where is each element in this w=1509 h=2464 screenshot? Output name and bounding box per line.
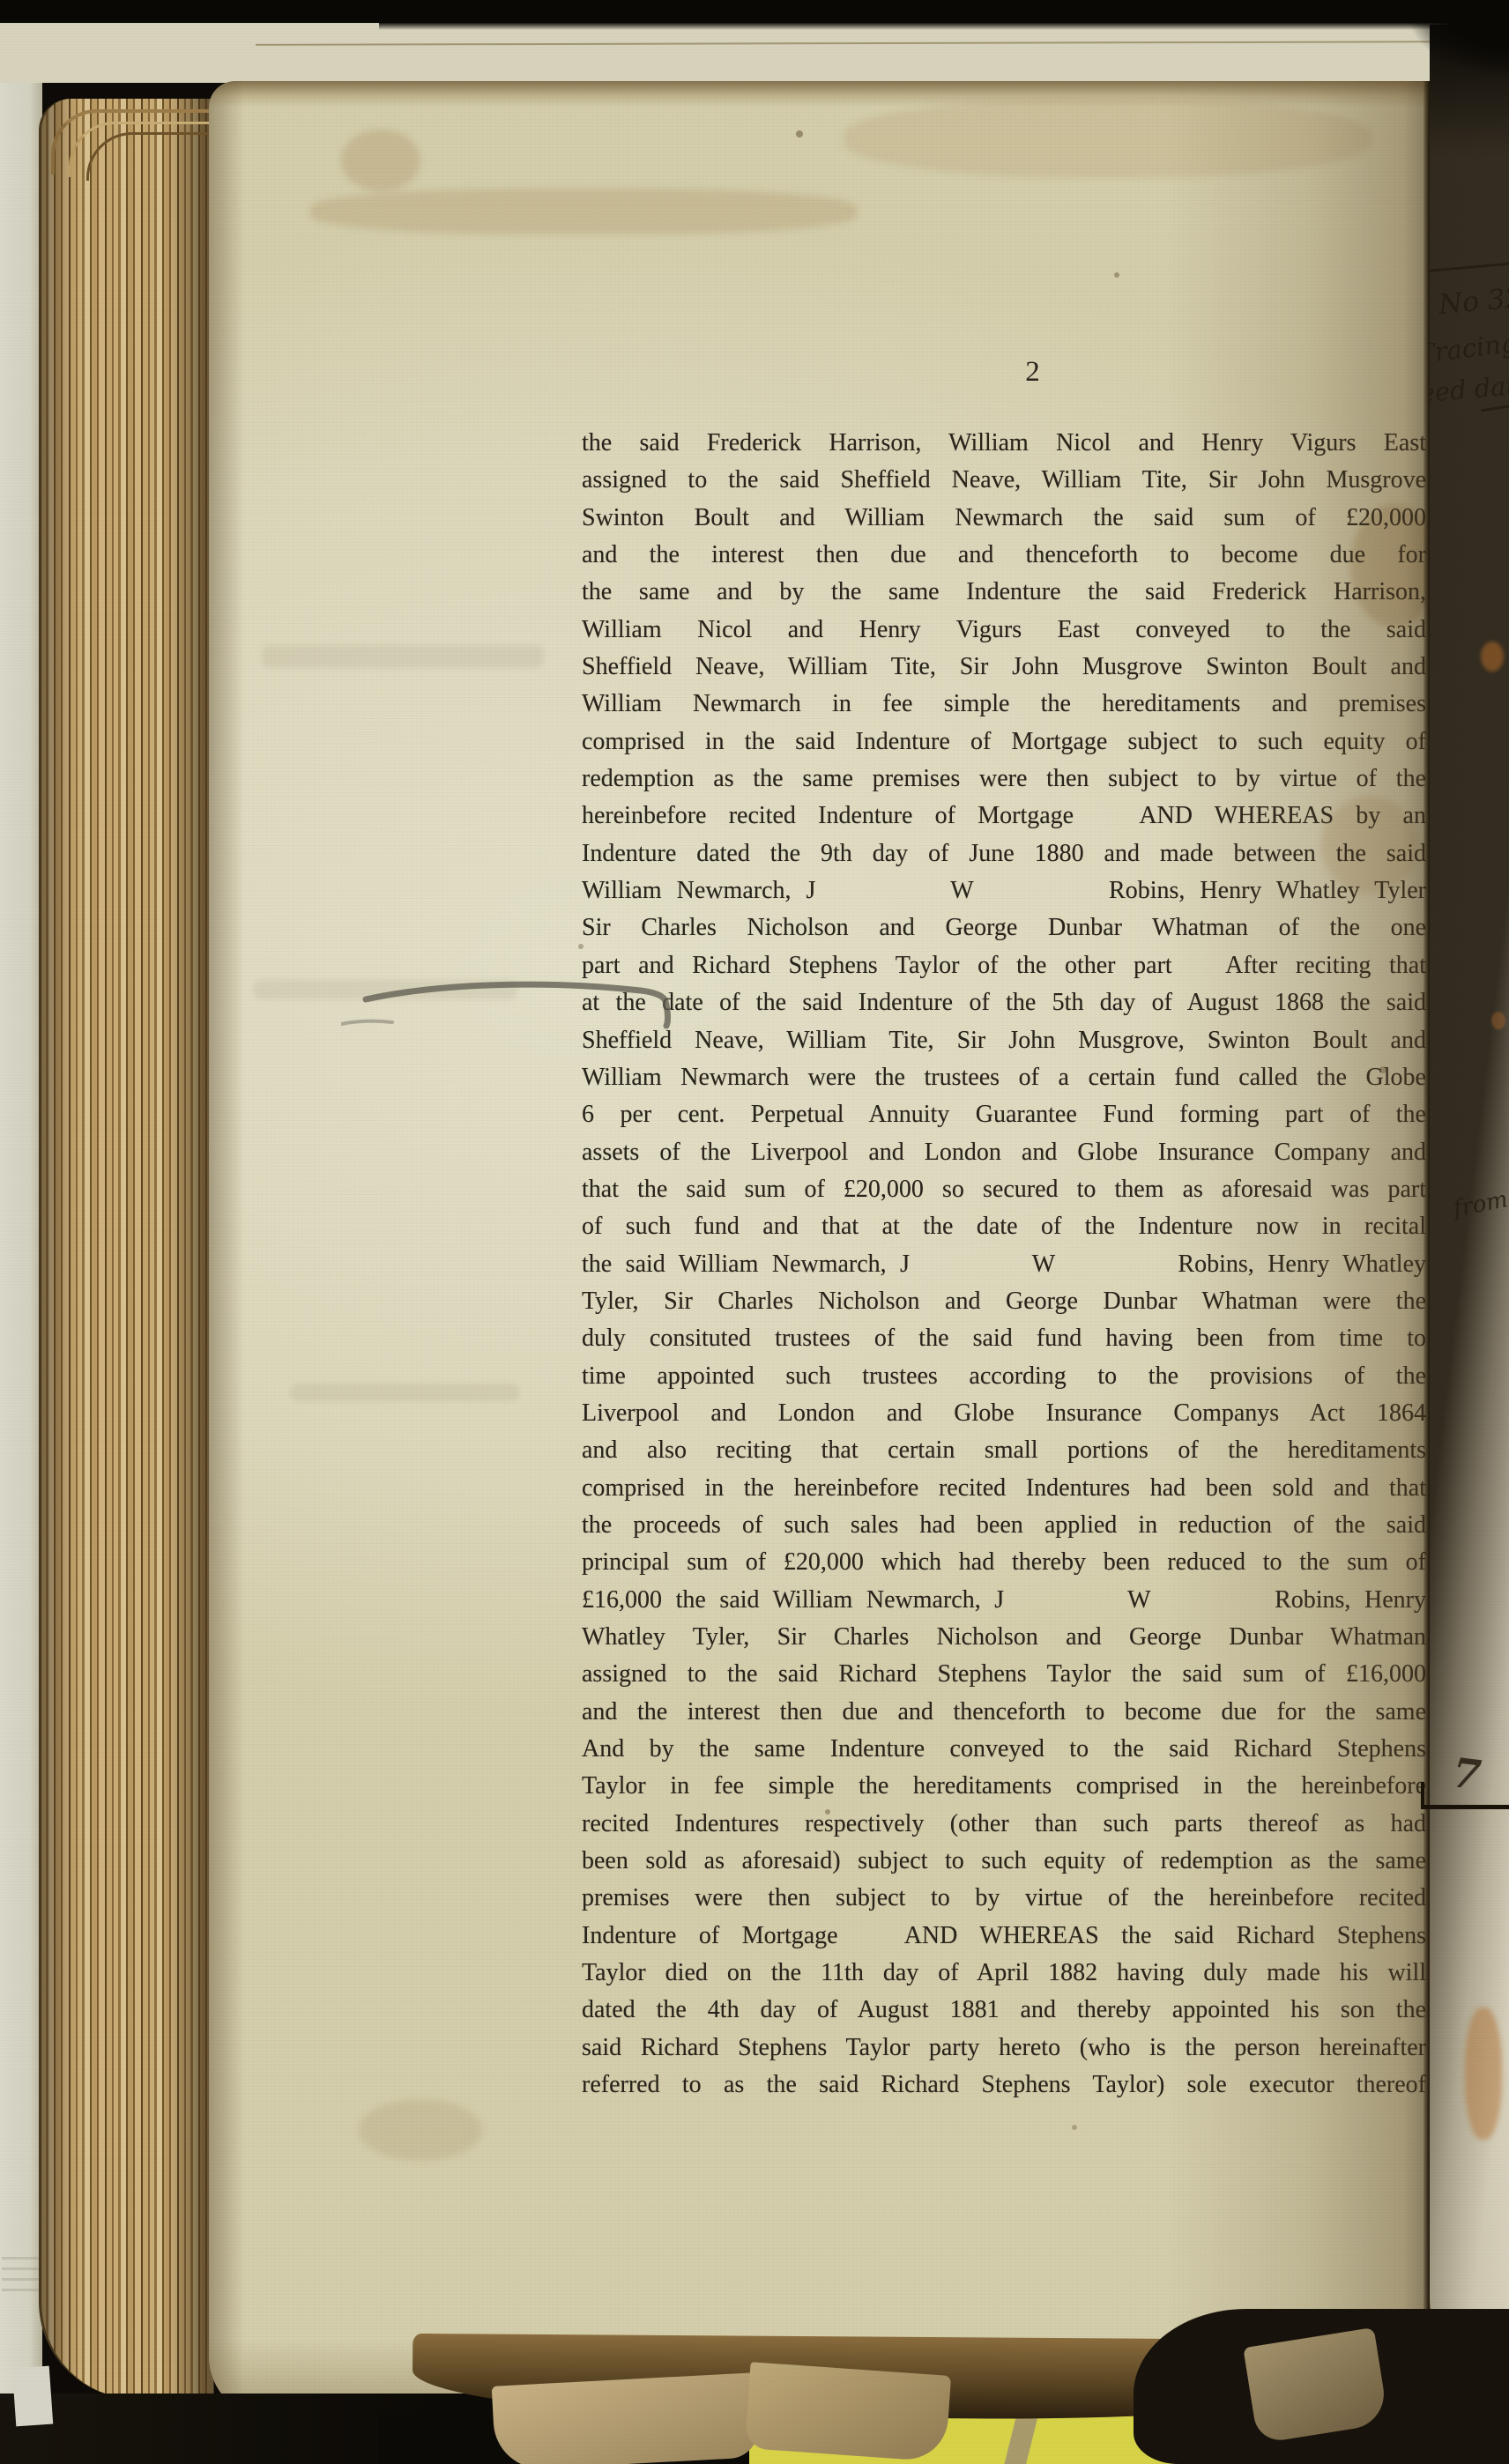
torn-paper-flap (745, 2362, 951, 2462)
rust-stain (1491, 1012, 1505, 1029)
folio-underline-tick (1421, 1782, 1424, 1808)
document-page: 2 the said Frederick Harrison, William N… (209, 81, 1430, 2418)
top-right-shadow (1375, 0, 1509, 84)
torn-paper-flap (492, 2372, 761, 2464)
folio-underline (1421, 1805, 1509, 1809)
bleedthrough-smudge (262, 645, 544, 668)
top-dark-edge (379, 0, 1509, 30)
paper-stain (359, 2099, 482, 2161)
pencil-mark (341, 892, 711, 1050)
paper-stain (310, 189, 857, 234)
rust-stain (1481, 642, 1504, 672)
paper-stain (341, 130, 420, 191)
rust-stain (1465, 2008, 1502, 2140)
facing-page-edge (0, 19, 42, 2438)
under-page-top-band (0, 21, 1509, 83)
bleedthrough-smudge (290, 1384, 519, 1401)
paper-tag (12, 2366, 54, 2427)
scanned-book-photo: 2 the said Frederick Harrison, William N… (0, 0, 1509, 2464)
next-page-edge: No 32 Tracing of deed dated from Stai 7 (1430, 25, 1509, 2379)
page-stack-edges (39, 99, 214, 2399)
handwritten-folio-mark: 7 (1450, 1748, 1483, 1799)
page-number: 2 (1007, 356, 1059, 389)
page-gutter-shadow-left (209, 81, 244, 2418)
handwritten-note-number: No 32 (1438, 282, 1509, 321)
page-curl-shadow-right (1165, 81, 1430, 2418)
